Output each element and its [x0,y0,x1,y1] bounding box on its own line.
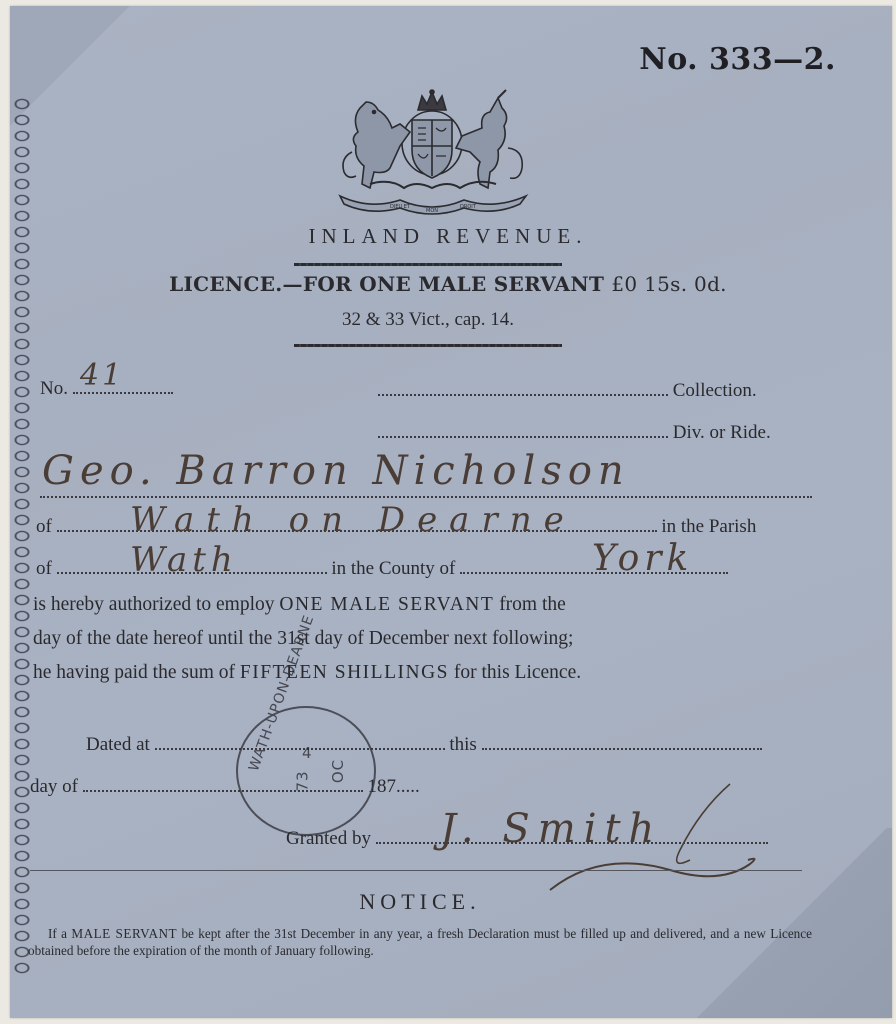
parish-label: in the Parish [661,516,756,537]
authorization-text: is hereby authorized to employ ONE MALE … [33,588,823,690]
svg-text:MON: MON [426,208,438,214]
number-label: No. [40,378,68,399]
granted-by-label: Granted by [286,828,371,849]
division-field: Div. or Ride. [378,422,771,444]
residence-of-label: of [36,516,52,537]
postmark-day: 4 [302,744,313,762]
notice-body-caps: MALE SERVANT [71,926,177,941]
body-line-1-caps: ONE MALE SERVANT [279,594,494,615]
licence-heading-text: LICENCE.—FOR ONE MALE SERVANT [169,272,604,296]
year-suffix: ..... [396,776,420,797]
division-blank [378,434,668,438]
holder-name-blank [40,494,812,498]
division-label: Div. or Ride. [673,422,771,443]
body-line-2: day of the date hereof until the 31st da… [33,622,823,656]
notice-body: If a MALE SERVANT be kept after the 31st… [28,925,812,959]
notice-body-pre: If a [48,926,71,941]
title-divider [294,263,562,266]
body-line-3-post: for this Licence. [449,662,581,683]
collection-field: Collection. [378,380,757,402]
collection-label: Collection. [673,380,757,401]
svg-text:DROIT: DROIT [460,204,477,210]
parish-handwritten: Wath [130,540,238,580]
postmark-stamp: WATH-UPON-DEARNE 4 OC 73 [236,706,376,836]
residence-handwritten: Wath on Dearne [130,500,576,540]
body-line-1-pre: is hereby authorized to employ [33,594,279,615]
parish-of-label: of [36,558,52,579]
this-blank [482,746,762,750]
collection-blank [378,392,668,396]
document-title: INLAND REVENUE. [0,224,896,249]
county-handwritten: York [592,538,693,579]
dated-at-label: Dated at [86,734,150,755]
county-label: in the County of [331,558,455,579]
act-reference: 32 & 33 Vict., cap. 14. [0,309,856,331]
licence-fee: £0 15s. 0d. [611,272,726,296]
body-line-3-caps: FIFTEEN SHILLINGS [240,662,449,683]
postmark-year: 73 [294,770,312,791]
postmark-month: OC [329,759,347,783]
number-handwritten: 41 [80,358,124,393]
signature-flourish [520,780,780,900]
body-line-3: he having paid the sum of FIFTEEN SHILLI… [33,656,823,690]
heading-divider [294,344,562,347]
body-line-3-pre: he having paid the sum of [33,662,240,683]
serial-number: No. 333—2. [639,42,836,77]
royal-coat-of-arms-icon: DIEU ET MON DROIT [330,88,535,216]
body-line-1: is hereby authorized to employ ONE MALE … [33,588,823,622]
svg-text:DIEU ET: DIEU ET [390,204,411,210]
dated-at-field: Dated at this [86,734,762,756]
this-label: this [449,734,476,755]
holder-name-handwritten: Geo. Barron Nicholson [42,448,630,494]
notice-title: NOTICE. [0,889,840,915]
day-of-label: day of [30,776,78,797]
body-line-1-post: from the [494,594,565,615]
licence-heading: LICENCE.—FOR ONE MALE SERVANT £0 15s. 0d… [0,272,896,296]
notice-divider [30,870,802,871]
